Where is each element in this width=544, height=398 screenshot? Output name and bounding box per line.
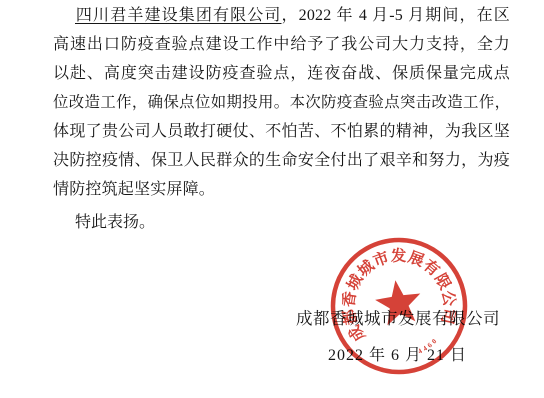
body-line-1-rest: ，2022 年 4 月-5 月期间，在区: [282, 7, 511, 24]
body-line-1: 四川君羊建设集团有限公司，2022 年 4 月-5 月期间，在区: [53, 1, 510, 30]
letter-body: 四川君羊建设集团有限公司，2022 年 4 月-5 月期间，在区 高速出口防疫查…: [0, 0, 544, 237]
commendation-letter-page: 四川君羊建设集团有限公司，2022 年 4 月-5 月期间，在区 高速出口防疫查…: [0, 0, 544, 398]
body-line-7: 情防控筑起坚实屏障。: [53, 175, 510, 204]
body-line-4: 位改造工作，确保点位如期投用。本次防疫查验点突击改造工作，: [53, 88, 510, 117]
signature-company-name: 成都香城城市发展有限公司: [296, 308, 500, 330]
closing-phrase: 特此表扬。: [53, 208, 510, 237]
body-line-3: 以赴、高度突击建设防疫查验点，连夜奋战、保质保量完成点: [53, 59, 510, 88]
body-line-6: 决防控疫情、保卫人民群众的生命安全付出了艰辛和努力，为疫: [53, 146, 510, 175]
signature-date: 2022 年 6 月 21 日: [328, 345, 467, 367]
recipient-company-name: 四川君羊建设集团有限公司: [75, 7, 282, 24]
body-line-5: 体现了贵公司人员敢打硬仗、不怕苦、不怕累的精神，为我区坚: [53, 117, 510, 146]
body-line-2: 高速出口防疫查验点建设工作中给予了我公司大力支持，全力: [53, 30, 510, 59]
